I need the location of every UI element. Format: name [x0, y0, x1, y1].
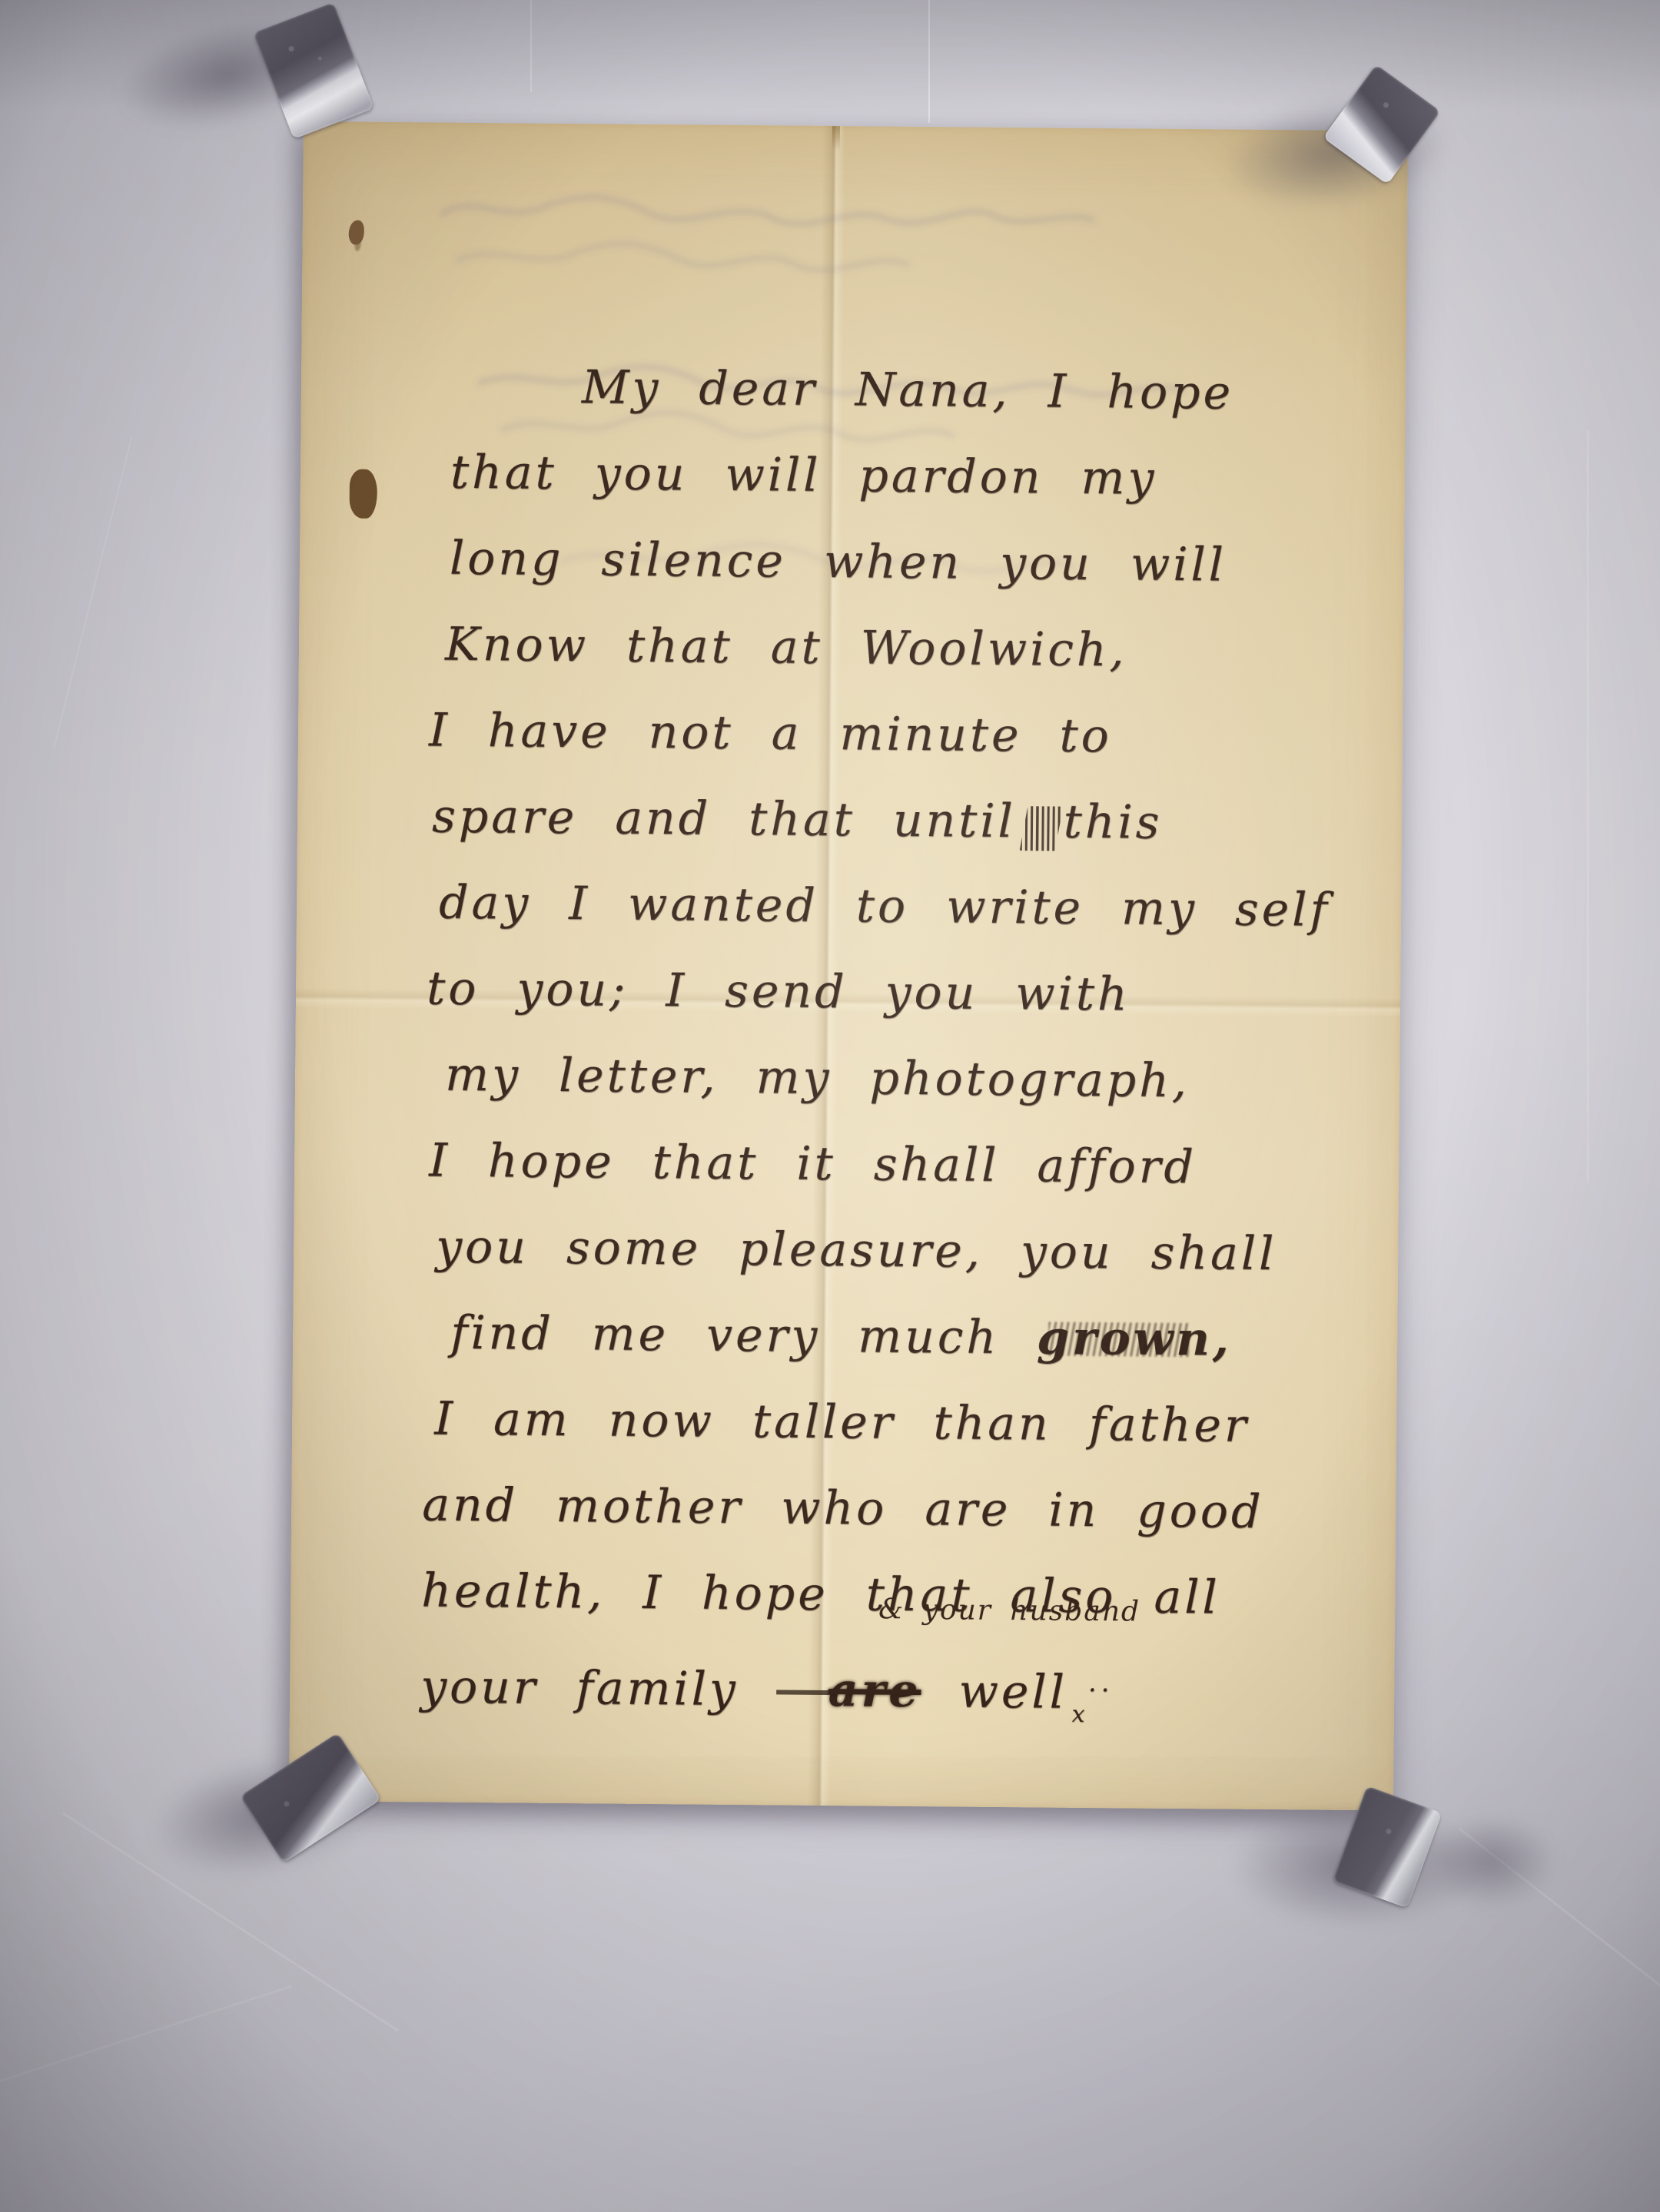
letter-paper: My dear Nana, I hope that you will pardo… [289, 121, 1408, 1810]
letter-line-text: well [958, 1665, 1067, 1720]
trailing-dots: .. [1088, 1667, 1114, 1698]
backdrop-scratch [53, 435, 133, 748]
letter-line-text: spare and that until [432, 789, 1016, 848]
letter-line: my letter, my photograph, [445, 1038, 1400, 1133]
letter-line: you some pleasure, you shall [436, 1210, 1399, 1305]
backdrop-scratch [0, 1985, 292, 2090]
ink-stain [349, 221, 364, 245]
letter-line: spare and that untilthis [432, 779, 1403, 874]
paper-tear [832, 126, 840, 151]
backdrop-scratch [928, 0, 930, 123]
letter-line: Know that at Woolwich, [445, 608, 1404, 702]
photograph-scene: My dear Nana, I hope that you will pardo… [0, 0, 1660, 2212]
letter-line-text: your family [420, 1660, 739, 1716]
letter-line: I hope that it shall afford [429, 1123, 1399, 1218]
scribble-crossout [1019, 806, 1063, 851]
letter-line-text: this [1063, 795, 1162, 850]
insertion-mark: x [1071, 1701, 1087, 1728]
magnet-shadow [1423, 1815, 1558, 1909]
letter-line: I have not a minute to [429, 693, 1403, 788]
letter-line: to you; I send you with [427, 951, 1401, 1046]
overwritten-word: grown, [1037, 1301, 1233, 1376]
struck-out-word: are [776, 1663, 921, 1718]
inserted-text-above-line: & your husband [878, 1594, 1140, 1628]
letter-line: I am now taller than father [434, 1382, 1397, 1477]
letter-line: long silence when you will [449, 522, 1404, 616]
backdrop-scratch [1587, 430, 1589, 1183]
letter-text: My dear Nana, I hope that you will pardo… [289, 348, 1406, 1786]
backdrop-scratch [530, 0, 532, 92]
letter-line: your family are wellx.. [420, 1640, 1395, 1734]
letter-line: that you will pardon my [450, 436, 1405, 530]
letter-line: day I wanted to write my self [439, 866, 1402, 960]
letter-line: find me very much grown, [450, 1296, 1398, 1391]
letter-line-text: find me very much [450, 1306, 999, 1365]
letter-line: and mother who are in good [422, 1467, 1396, 1562]
letter-line: My dear Nana, I hope [581, 350, 1406, 443]
